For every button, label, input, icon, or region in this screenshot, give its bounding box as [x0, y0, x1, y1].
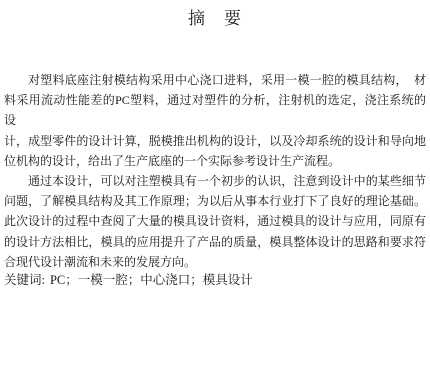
p2-line-4: 的设计方法相比，模具的应用提升了产品的质量，模具整体设计的思路和要求符 — [4, 232, 426, 252]
p2-line-1: 通过本设计，可以对注塑模具有一个初步的认识，注意到设计中的某些细节 — [4, 171, 426, 191]
p1-line-2: 料采用流动性能差的PC塑料，通过对塑件的分析，注射机的选定，浇注系统的设 — [4, 90, 426, 130]
abstract-body: 对塑料底座注射模结构采用中心浇口进料，采用一模一腔的模具结构， 材 料采用流动性… — [4, 70, 426, 272]
page-title: 摘 要 — [0, 8, 430, 29]
keywords-line: 关键词:PC；一模一腔；中心浇口；模具设计 — [4, 270, 426, 290]
document-page: 摘 要 对塑料底座注射模结构采用中心浇口进料，采用一模一腔的模具结构， 材 料采… — [0, 0, 430, 373]
keywords-text: PC；一模一腔；中心浇口；模具设计 — [50, 273, 253, 287]
p1-line-4: 位机构的设计，给出了生产底座的一个实际参考设计生产流程。 — [4, 151, 426, 171]
p2-line-2: 问题，了解模具结构及其工作原理；为以后从事本行业打下了良好的理论基础。 — [4, 191, 426, 211]
keywords-label: 关键词: — [4, 273, 45, 287]
p2-line-5: 合现代设计潮流和未来的发展方向。 — [4, 252, 426, 272]
p1-line-1: 对塑料底座注射模结构采用中心浇口进料，采用一模一腔的模具结构， 材 — [4, 70, 426, 90]
p2-line-3: 此次设计的过程中查阅了大量的模具设计资料，通过模具的设计与应用，同原有 — [4, 211, 426, 231]
p1-line-3: 计，成型零件的设计计算，脱模推出机构的设计，以及冷却系统的设计和导向地 — [4, 131, 426, 151]
